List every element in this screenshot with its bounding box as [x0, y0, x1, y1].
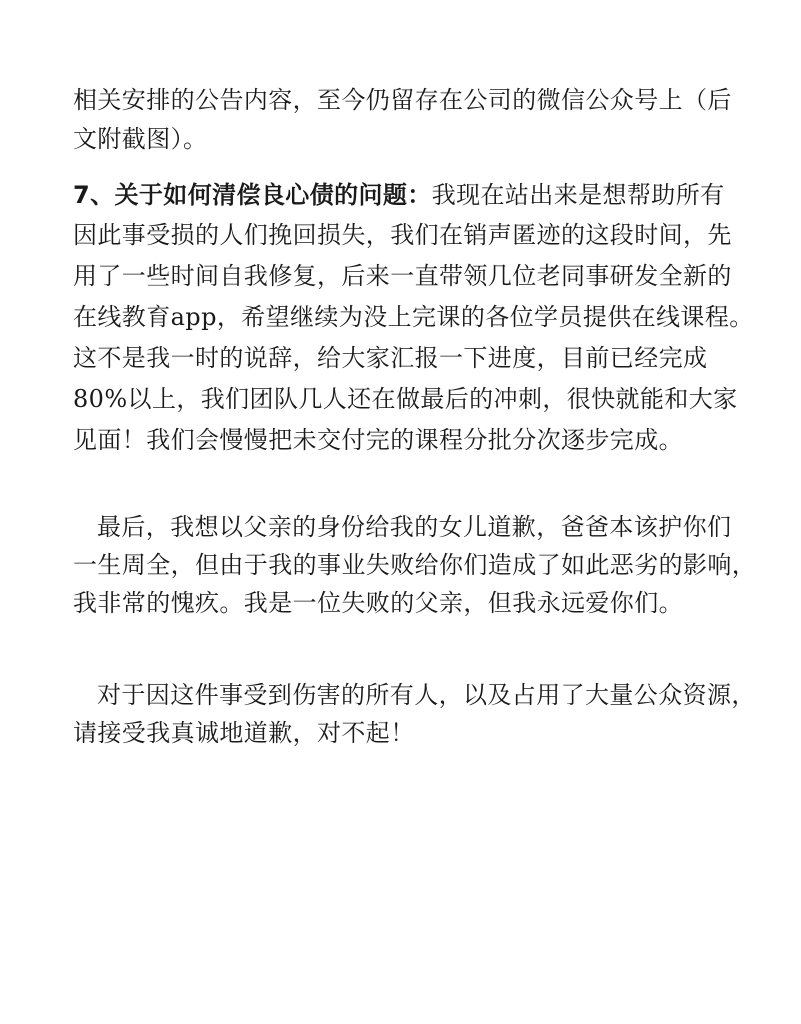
text-line: 我非常的愧疚。我是一位失败的父亲，但我永远爱你们。: [73, 588, 683, 618]
text-line: 文附截图）。: [73, 124, 207, 154]
document-page: 相关安排的公告内容，至今仍留存在公司的微信公众号上（后 文附截图）。 7、关于如…: [0, 0, 801, 1024]
text-line: 相关安排的公告内容，至今仍留存在公司的微信公众号上（后: [73, 85, 732, 115]
text-line: 对于因这件事受到伤害的所有人，以及占用了大量公众资源，: [97, 680, 756, 710]
text-line: 因此事受损的人们挽回损失，我们在销声匿迹的这段时间，先: [73, 220, 732, 250]
text-span: 我现在站出来是想帮助所有: [432, 181, 725, 209]
text-line: 请接受我真诚地道歉，对不起！: [73, 718, 415, 748]
text-line: 80%以上，我们团队几人还在做最后的冲刺，很快就能和大家: [73, 384, 738, 414]
text-line: 最后，我想以父亲的身份给我的女儿道歉，爸爸本该护你们: [97, 512, 731, 542]
text-line: 7、关于如何清偿良心债的问题：我现在站出来是想帮助所有: [73, 180, 725, 210]
text-line: 用了一些时间自我修复，后来一直带领几位老同事研发全新的: [73, 261, 732, 291]
text-line: 这不是我一时的说辞，给大家汇报一下进度，目前已经完成: [73, 343, 707, 373]
text-line: 在线教育app，希望继续为没上完课的各位学员提供在线课程。: [73, 302, 754, 332]
section-heading: 7、关于如何清偿良心债的问题：: [73, 181, 432, 209]
text-line: 一生周全，但由于我的事业失败给你们造成了如此恶劣的影响，: [73, 550, 756, 580]
text-line: 见面！我们会慢慢把未交付完的课程分批分次逐步完成。: [73, 425, 683, 455]
